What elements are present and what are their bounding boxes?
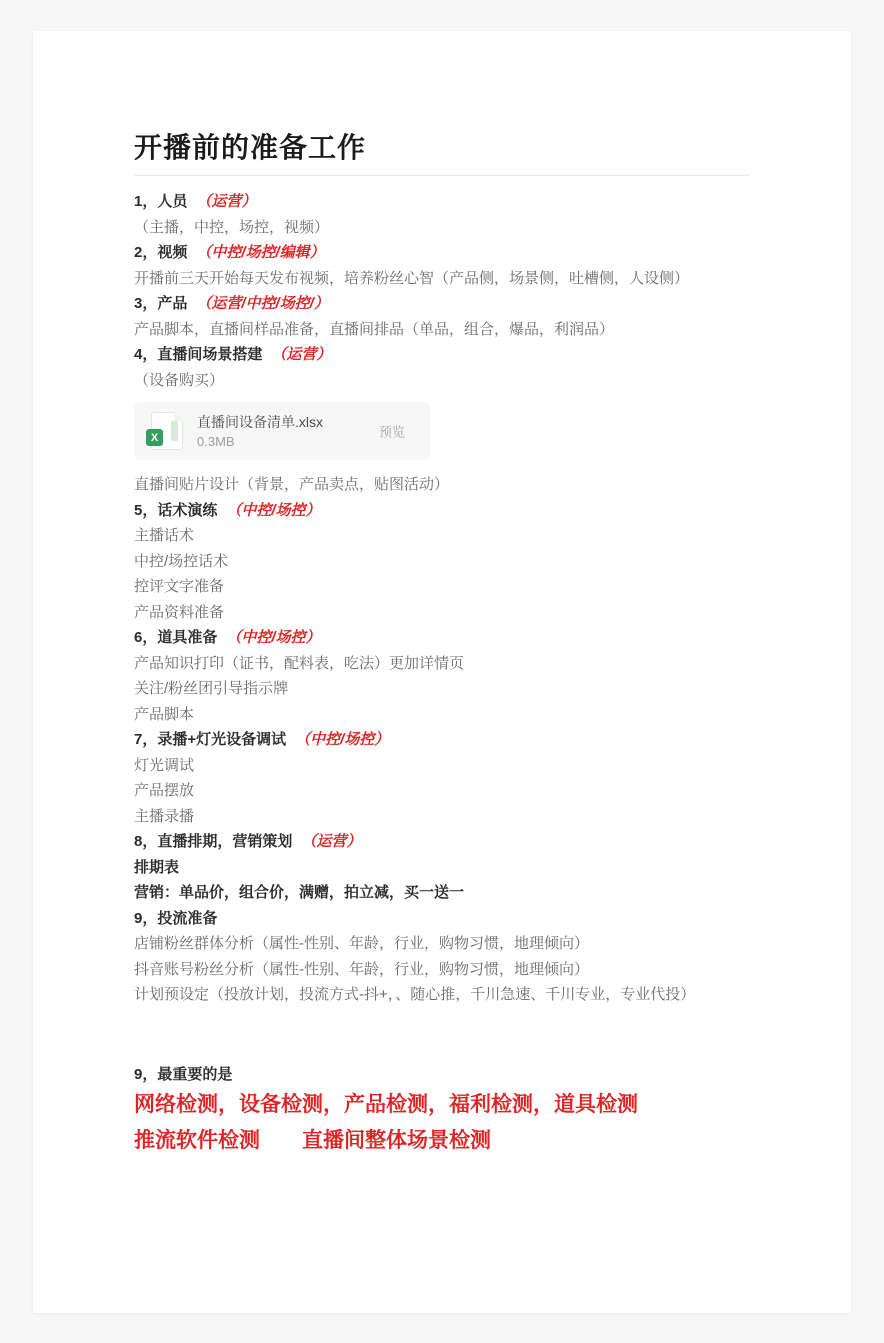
item-9: 9，投流准备 <box>134 906 750 932</box>
item-5: 5，话术演练（中控/场控） <box>134 498 750 524</box>
file-name: 直播间设备清单.xlsx <box>197 413 323 431</box>
text-line: 抖音账号粉丝分析（属性-性别、年龄，行业，购物习惯，地理倾向） <box>134 957 750 983</box>
item-8: 8，直播排期，营销策划（运营） <box>134 829 750 855</box>
section-gap <box>134 1008 750 1062</box>
text-line: 主播录播 <box>134 804 750 830</box>
item-1: 1，人员（运营） <box>134 189 750 215</box>
page-fold-icon <box>174 412 183 421</box>
item-6: 6，道具准备（中控/场控） <box>134 625 750 651</box>
text-line: 中控/场控话术 <box>134 549 750 575</box>
text-line: 控评文字准备 <box>134 574 750 600</box>
highlight-line: 网络检测，设备检测，产品检测，福利检测，道具检测 <box>134 1087 750 1123</box>
text-line: 直播间贴片设计（背景，产品卖点，贴图活动） <box>134 472 750 498</box>
text-line: 产品知识打印（证书，配料表，吃法）更加详情页 <box>134 651 750 677</box>
text-line: 产品资料准备 <box>134 600 750 626</box>
text-line: 计划预设定（投放计划，投流方式-抖+，、随心推，千川急速、千川专业，专业代投） <box>134 982 750 1008</box>
text-line: 排期表 <box>134 855 750 881</box>
role-annotation: （运营/中控/场控/） <box>196 295 329 312</box>
sheet-stripe <box>171 421 178 441</box>
preview-button[interactable]: 预览 <box>379 422 405 441</box>
file-size: 0.3MB <box>197 434 323 450</box>
text-line: 店铺粉丝群体分析（属性-性别、年龄，行业，购物习惯，地理倾向） <box>134 931 750 957</box>
text-line: （主播，中控，场控，视频） <box>134 215 750 241</box>
highlight-line: 推流软件检测 直播间整体场景检测 <box>134 1123 750 1159</box>
role-annotation: （中控/场控） <box>226 629 320 646</box>
item-title: 9，投流准备 <box>134 910 217 927</box>
item-title: 6，道具准备 <box>134 629 217 646</box>
page-background: { "page": { "title": "开播前的准备工作" }, "colo… <box>0 0 884 1343</box>
text-line: 灯光调试 <box>134 753 750 779</box>
text-line: 开播前三天开始每天发布视频，培养粉丝心智（产品侧，场景侧，吐槽侧，人设侧） <box>134 266 750 292</box>
item-7: 7，录播+灯光设备调试（中控/场控） <box>134 727 750 753</box>
text-line: （设备购买） <box>134 368 750 394</box>
text-line: 产品脚本，直播间样品准备，直播间排品（单品，组合，爆品，利润品） <box>134 317 750 343</box>
item-9-important: 9，最重要的是 <box>134 1062 750 1088</box>
text-line: 营销：单品价，组合价，满赠，拍立减，买一送一 <box>134 880 750 906</box>
item-title: 1，人员 <box>134 193 187 210</box>
document-content: 开播前的准备工作 1，人员（运营）（主播，中控，场控，视频）2，视频（中控/场控… <box>134 128 750 1159</box>
item-title: 5，话术演练 <box>134 502 217 519</box>
document-card: 开播前的准备工作 1，人员（运营）（主播，中控，场控，视频）2，视频（中控/场控… <box>33 31 851 1313</box>
text-line: 产品脚本 <box>134 702 750 728</box>
role-annotation: （运营） <box>271 346 331 363</box>
role-annotation: （中控/场控） <box>295 731 389 748</box>
attachment-card[interactable]: X 直播间设备清单.xlsx 0.3MB 预览 <box>134 402 430 460</box>
file-meta: 直播间设备清单.xlsx 0.3MB <box>197 413 323 450</box>
role-annotation: （中控/场控） <box>226 502 320 519</box>
excel-x-badge: X <box>146 429 163 446</box>
item-4: 4，直播间场景搭建（运营） <box>134 342 750 368</box>
item-title: 7，录播+灯光设备调试 <box>134 731 286 748</box>
item-title: 4，直播间场景搭建 <box>134 346 262 363</box>
role-annotation: （运营） <box>301 833 361 850</box>
item-title: 9，最重要的是 <box>134 1066 232 1083</box>
text-line: 主播话术 <box>134 523 750 549</box>
role-annotation: （中控/场控/编辑） <box>196 244 324 261</box>
item-2: 2，视频（中控/场控/编辑） <box>134 240 750 266</box>
text-line: 关注/粉丝团引导指示牌 <box>134 676 750 702</box>
page-title: 开播前的准备工作 <box>134 128 750 168</box>
excel-file-icon: X <box>151 412 183 450</box>
item-title: 3，产品 <box>134 295 187 312</box>
title-divider <box>134 175 750 176</box>
item-title: 8，直播排期，营销策划 <box>134 833 292 850</box>
item-title: 2，视频 <box>134 244 187 261</box>
item-3: 3，产品（运营/中控/场控/） <box>134 291 750 317</box>
role-annotation: （运营） <box>196 193 256 210</box>
text-line: 产品摆放 <box>134 778 750 804</box>
content-blocks: 1，人员（运营）（主播，中控，场控，视频）2，视频（中控/场控/编辑）开播前三天… <box>134 189 750 1159</box>
